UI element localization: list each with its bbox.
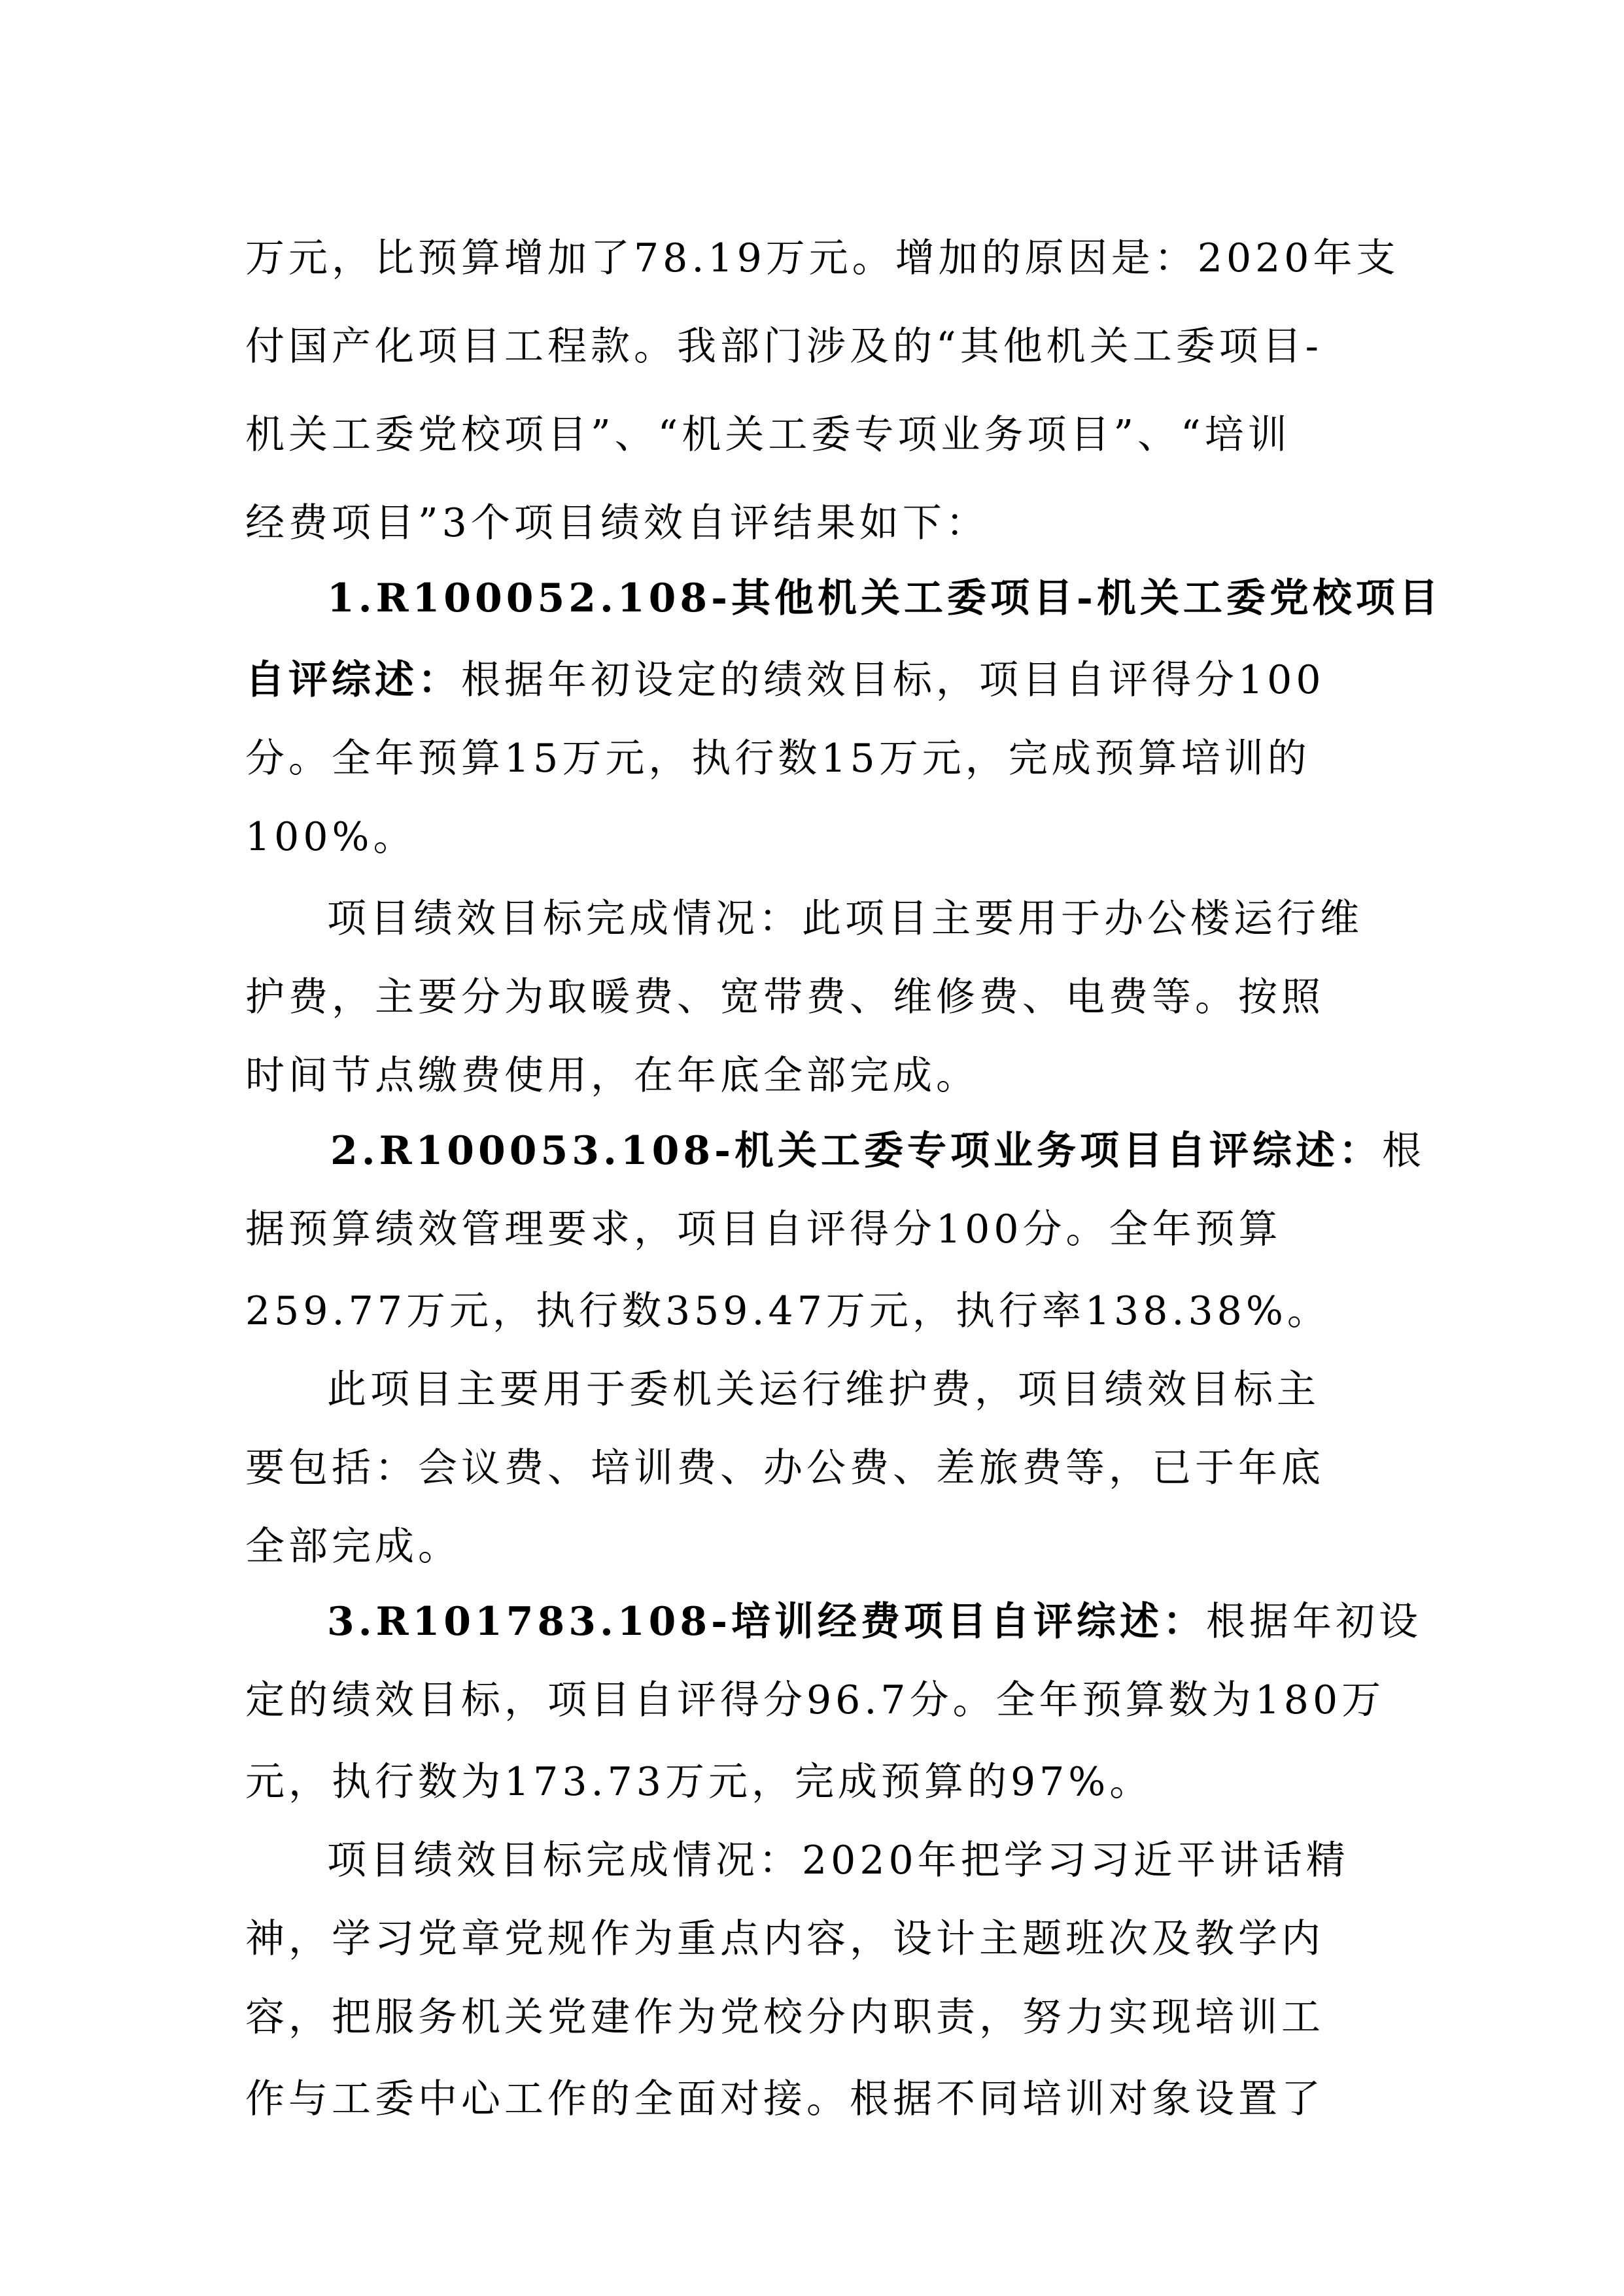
section2-completion-line2: 要包括：会议费、培训费、办公费、差旅费等，已于年底 <box>245 1442 1324 1494</box>
section1-summary-line2: 分。全年预算15万元，执行数15万元，完成预算培训的 <box>245 732 1311 785</box>
section3-summary-line3: 元，执行数为173.73万元，完成预算的97%。 <box>245 1756 1152 1808</box>
section3-heading: 3.R101783.108-培训经费项目自评综述： <box>327 1599 1206 1645</box>
section2-summary-line2: 据预算绩效管理要求，项目自评得分100分。全年预算 <box>245 1203 1282 1256</box>
intro-line-3: 机关工委党校项目”、“机关工委专项业务项目”、“培训 <box>245 409 1291 461</box>
section3-completion-line1: 项目绩效目标完成情况：2020年把学习习近平讲话精 <box>327 1834 1349 1887</box>
section2-summary-line3: 259.77万元，执行数359.47万元，执行率138.38%。 <box>245 1285 1330 1337</box>
section2-completion-line1: 此项目主要用于委机关运行维护费，项目绩效目标主 <box>327 1363 1320 1416</box>
section3-completion-line3: 容，把服务机关党建作为党校分内职责，努力实现培训工 <box>245 1991 1324 2044</box>
section1-completion-line3: 时间节点缴费使用，在年底全部完成。 <box>245 1050 979 1102</box>
section1-heading: 1.R100052.108-其他机关工委项目-机关工委党校项目 <box>327 572 1442 625</box>
intro-line-2: 付国产化项目工程款。我部门涉及的“其他机关工委项目- <box>245 320 1322 373</box>
section1-completion-line2: 护费，主要分为取暖费、宽带费、维修费、电费等。按照 <box>245 971 1324 1023</box>
section1-summary-line1: 自评综述：根据年初设定的绩效目标，项目自评得分100 <box>245 654 1325 706</box>
section3-heading-line: 3.R101783.108-培训经费项目自评综述：根据年初设 <box>327 1596 1422 1648</box>
section2-heading-line: 2.R100053.108-机关工委专项业务项目自评综述：根 <box>330 1125 1425 1177</box>
intro-line-1: 万元，比预算增加了78.19万元。增加的原因是：2020年支 <box>245 232 1399 284</box>
section3-completion-line2: 神，学习党章党规作为重点内容，设计主题班次及教学内 <box>245 1913 1324 1965</box>
section3-heading-rest: 根据年初设 <box>1206 1599 1422 1645</box>
document-page: 万元，比预算增加了78.19万元。增加的原因是：2020年支 付国产化项目工程款… <box>0 0 1624 2296</box>
section3-summary-line2: 定的绩效目标，项目自评得分96.7分。全年预算数为180万 <box>245 1674 1385 1726</box>
section2-heading-rest: 根 <box>1382 1128 1425 1174</box>
section3-completion-line4: 作与工委中心工作的全面对接。根据不同培训对象设置了 <box>245 2073 1324 2125</box>
section1-summary-text: 根据年初设定的绩效目标，项目自评得分100 <box>461 657 1325 703</box>
section2-heading: 2.R100053.108-机关工委专项业务项目自评综述： <box>330 1128 1382 1174</box>
section1-summary-label: 自评综述： <box>245 657 461 703</box>
section1-summary-line3: 100%。 <box>245 811 417 863</box>
intro-line-4: 经费项目”3个项目绩效自评结果如下： <box>245 497 989 549</box>
section1-completion-line1: 项目绩效目标完成情况：此项目主要用于办公楼运行维 <box>327 893 1363 945</box>
section2-completion-line3: 全部完成。 <box>245 1520 461 1573</box>
